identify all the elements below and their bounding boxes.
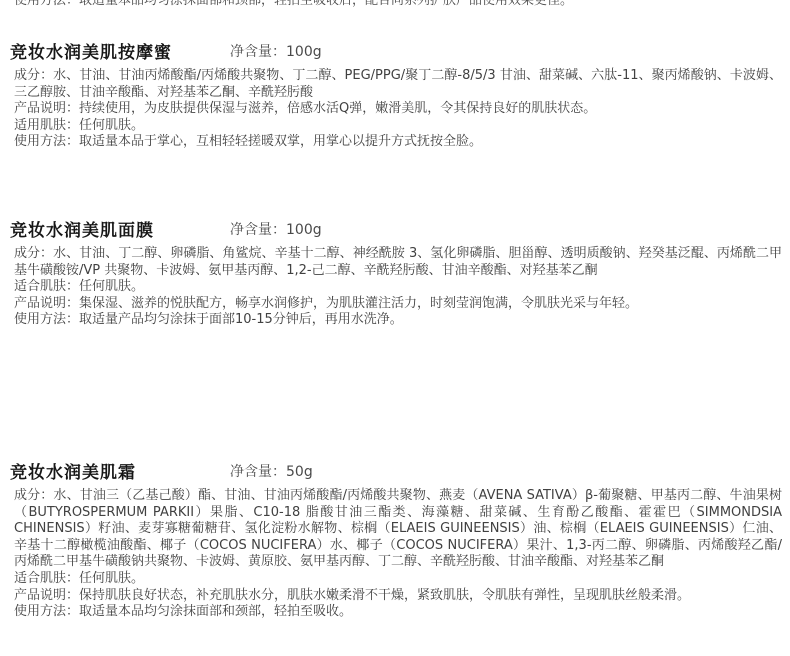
usage-text: 使用方法：取适量本品于掌心，互相轻轻搓暖双掌，用掌心以提升方式抚按全脸。 bbox=[14, 134, 782, 151]
net-weight-label: 净含量： bbox=[230, 464, 286, 480]
description-text: 产品说明：保持肌肤良好状态，补充肌肤水分，肌肤水嫩柔滑不干燥，紧致肌肤，令肌肤有… bbox=[14, 588, 782, 605]
skin-type-text: 适合肌肤：任何肌肤。 bbox=[14, 279, 782, 296]
product-section-cream: 竞妆水润美肌霜 净含量：50g 成分：水、甘油三（乙基己酸）酯、甘油、甘油丙烯酸… bbox=[0, 458, 790, 621]
section-body: 成分：水、甘油、甘油丙烯酸酯/丙烯酸共聚物、丁二醇、PEG/PPG/聚丁二醇-8… bbox=[14, 68, 782, 151]
section-header: 竞妆水润美肌面膜 净含量：100g bbox=[10, 216, 790, 240]
net-weight-value: 50g bbox=[286, 464, 313, 480]
net-weight: 净含量：50g bbox=[230, 461, 313, 481]
skin-type-text: 适合肌肤：任何肌肤。 bbox=[14, 571, 782, 588]
description-text: 产品说明：持续使用，为皮肤提供保湿与滋养，倍感水活Q弹，嫩滑美肌，令其保持良好的… bbox=[14, 101, 782, 118]
net-weight-value: 100g bbox=[286, 222, 322, 238]
clipped-previous-usage-line: 使用方法：取适量本品均匀涂抹面部和颈部，轻拍至吸收后，配合同系列护肤产品使用效果… bbox=[14, 0, 784, 10]
net-weight-label: 净含量： bbox=[230, 44, 286, 60]
product-section-face-mask: 竞妆水润美肌面膜 净含量：100g 成分：水、甘油、丁二醇、卵磷脂、角鲨烷、辛基… bbox=[0, 216, 790, 329]
skin-type-text: 适用肌肤：任何肌肤。 bbox=[14, 118, 782, 135]
section-body: 成分：水、甘油三（乙基己酸）酯、甘油、甘油丙烯酸酯/丙烯酸共聚物、燕麦（AVEN… bbox=[14, 488, 782, 621]
net-weight-label: 净含量： bbox=[230, 222, 286, 238]
product-section-massage-gel: 竞妆水润美肌按摩蜜 净含量：100g 成分：水、甘油、甘油丙烯酸酯/丙烯酸共聚物… bbox=[0, 38, 790, 151]
product-title: 竞妆水润美肌按摩蜜 bbox=[10, 38, 172, 63]
net-weight: 净含量：100g bbox=[230, 41, 322, 61]
section-body: 成分：水、甘油、丁二醇、卵磷脂、角鲨烷、辛基十二醇、神经酰胺 3、氢化卵磷脂、胆… bbox=[14, 246, 782, 329]
product-description-page: 使用方法：取适量本品均匀涂抹面部和颈部，轻拍至吸收后，配合同系列护肤产品使用效果… bbox=[0, 0, 790, 656]
usage-text: 使用方法：取适量产品均匀涂抹于面部10-15分钟后，再用水洗净。 bbox=[14, 312, 782, 329]
net-weight-value: 100g bbox=[286, 44, 322, 60]
section-header: 竞妆水润美肌按摩蜜 净含量：100g bbox=[10, 38, 790, 62]
usage-text: 使用方法：取适量本品均匀涂抹面部和颈部，轻拍至吸收。 bbox=[14, 604, 782, 621]
section-header: 竞妆水润美肌霜 净含量：50g bbox=[10, 458, 790, 482]
product-title: 竞妆水润美肌面膜 bbox=[10, 216, 154, 241]
description-text: 产品说明：集保湿、滋养的悦肤配方，畅享水润修护，为肌肤灌注活力，时刻莹润饱满，令… bbox=[14, 296, 782, 313]
previous-usage-text: 使用方法：取适量本品均匀涂抹面部和颈部，轻拍至吸收后，配合同系列护肤产品使用效果… bbox=[14, 0, 784, 9]
product-title: 竞妆水润美肌霜 bbox=[10, 458, 136, 483]
ingredients-text: 成分：水、甘油三（乙基己酸）酯、甘油、甘油丙烯酸酯/丙烯酸共聚物、燕麦（AVEN… bbox=[14, 488, 782, 571]
ingredients-text: 成分：水、甘油、丁二醇、卵磷脂、角鲨烷、辛基十二醇、神经酰胺 3、氢化卵磷脂、胆… bbox=[14, 246, 782, 279]
net-weight: 净含量：100g bbox=[230, 219, 322, 239]
ingredients-text: 成分：水、甘油、甘油丙烯酸酯/丙烯酸共聚物、丁二醇、PEG/PPG/聚丁二醇-8… bbox=[14, 68, 782, 101]
